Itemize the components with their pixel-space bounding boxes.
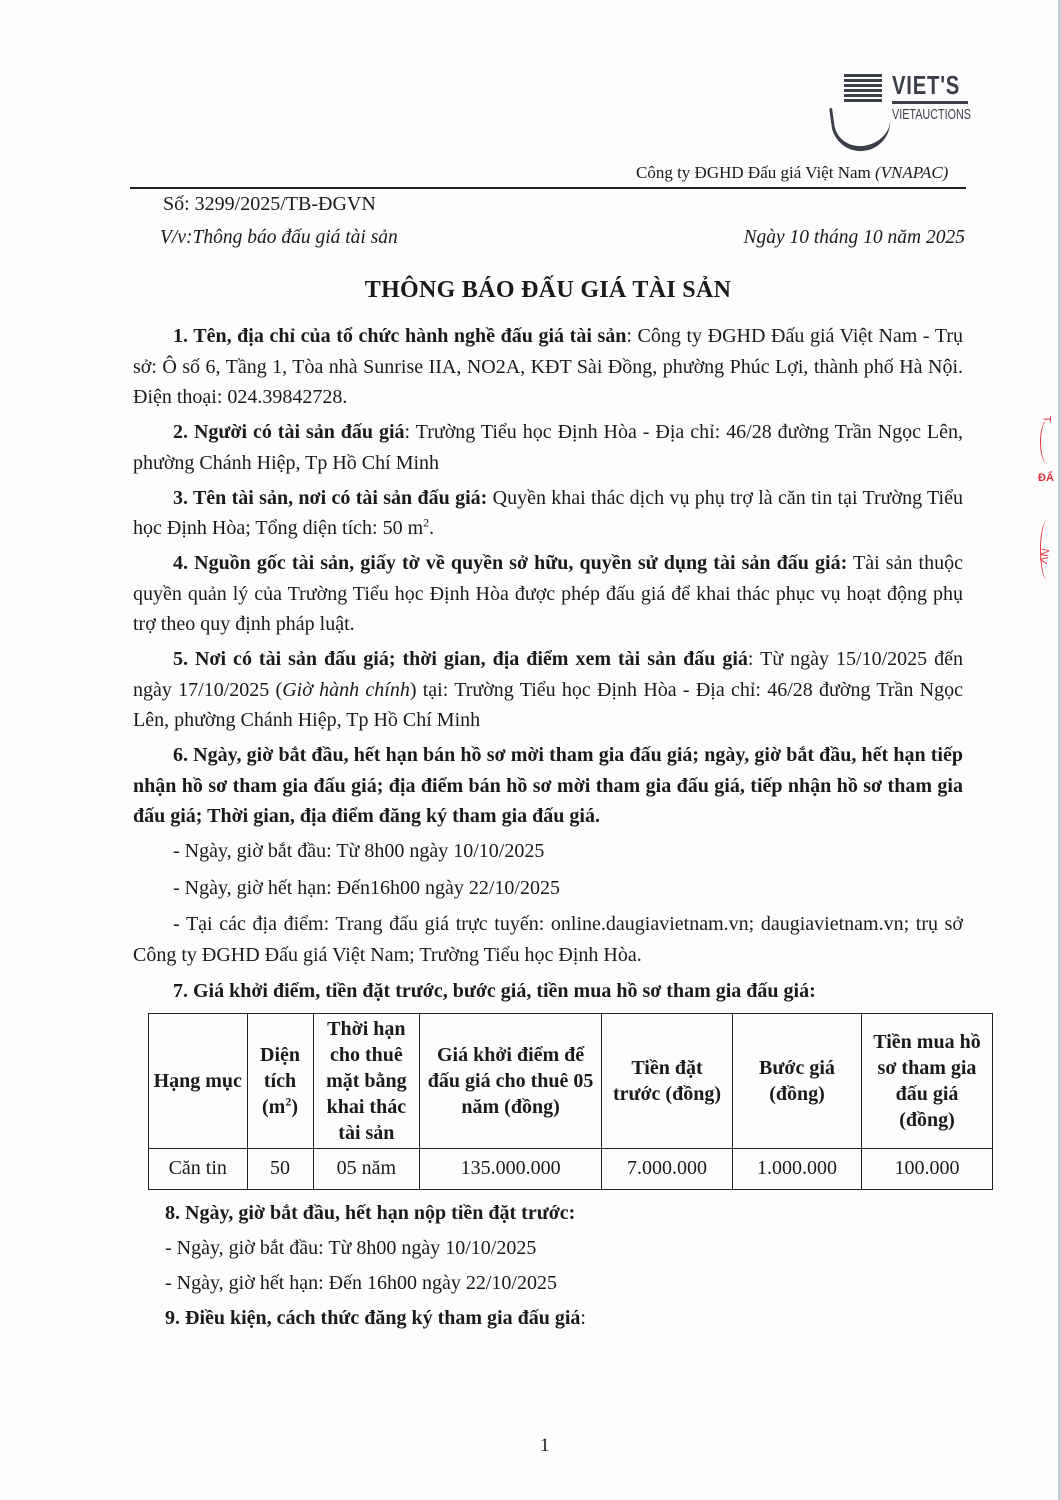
section-2-heading: 2. Người có tài sản đấu giá: [173, 421, 405, 443]
section-4-heading: 4. Nguồn gốc tài sản, giấy tờ về quyền s…: [173, 552, 847, 574]
table-cell: 7.000.000: [601, 1148, 732, 1189]
table-cell: 100.000: [861, 1148, 992, 1189]
table-header-cell: Giá khởi điểm để đấu giá cho thuê 05 năm…: [420, 1013, 602, 1148]
table-cell: Căn tin: [149, 1148, 248, 1189]
section-9-tail: :: [580, 1307, 586, 1329]
seal-stamp: T. ĐẤ NV: [1036, 400, 1060, 600]
section-3: 3. Tên tài sản, nơi có tài sản đấu giá: …: [133, 483, 963, 544]
table-cell: 135.000.000: [420, 1148, 602, 1189]
table-header-row: Hạng mục Diện tích (m2) Thời hạn cho thu…: [149, 1013, 993, 1148]
table-header-cell: Bước giá (đồng): [732, 1013, 861, 1148]
section-5: 5. Nơi có tài sản đấu giá; thời gian, đị…: [133, 644, 963, 736]
table-cell: 1.000.000: [732, 1148, 861, 1189]
section-8: 8. Ngày, giờ bắt đầu, hết hạn nộp tiền đ…: [133, 1198, 963, 1229]
section-9-heading: 9. Điều kiện, cách thức đăng ký tham gia…: [165, 1307, 580, 1329]
company-logo: VIET'S VIETAUCTIONS: [830, 72, 980, 154]
section-4: 4. Nguồn gốc tài sản, giấy tờ về quyền s…: [133, 548, 963, 640]
table-row: Căn tin 50 05 năm 135.000.000 7.000.000 …: [149, 1148, 993, 1189]
logo-stripes-icon: [844, 74, 882, 104]
table-header-cell: Tiền mua hồ sơ tham gia đấu giá (đồng): [861, 1013, 992, 1148]
document-subject: V/v:Thông báo đấu giá tài sản: [160, 227, 398, 249]
fees-table: Hạng mục Diện tích (m2) Thời hạn cho thu…: [148, 1013, 993, 1190]
company-abbr: (VNAPAC): [875, 163, 948, 182]
section-6-bullet: - Tại các địa điểm: Trang đấu giá trực t…: [133, 909, 963, 970]
section-1-heading: 1. Tên, địa chỉ của tổ chức hành nghề đấ…: [173, 325, 626, 347]
page-title: THÔNG BÁO ĐẤU GIÁ TÀI SẢN: [0, 277, 1061, 304]
section-7: 7. Giá khởi điểm, tiền đặt trước, bước g…: [133, 976, 963, 1007]
section-1: 1. Tên, địa chỉ của tổ chức hành nghề đấ…: [133, 321, 963, 413]
page-number: 1: [540, 1435, 550, 1457]
section-3-tail: .: [429, 517, 434, 539]
logo-brand-bottom: VIETAUCTIONS: [892, 106, 971, 123]
section-2: 2. Người có tài sản đấu giá: Trường Tiểu…: [133, 417, 963, 478]
section-8-bullet: - Ngày, giờ hết hạn: Đến 16h00 ngày 22/1…: [133, 1268, 963, 1299]
section-7-heading: 7. Giá khởi điểm, tiền đặt trước, bước g…: [173, 980, 816, 1002]
seal-text: ĐẤ: [1038, 472, 1054, 484]
logo-divider: [892, 101, 968, 104]
section-5-italic: Giờ hành chính: [282, 679, 410, 701]
section-9: 9. Điều kiện, cách thức đăng ký tham gia…: [133, 1303, 963, 1334]
section-6: 6. Ngày, giờ bắt đầu, hết hạn bán hồ sơ …: [133, 740, 963, 832]
logo-swoosh-icon: [829, 100, 894, 155]
section-6-bullet: - Ngày, giờ hết hạn: Đến16h00 ngày 22/10…: [133, 873, 963, 904]
company-name-text: Công ty ĐGHD Đấu giá Việt Nam: [636, 163, 871, 182]
logo-brand-top: VIET'S: [892, 70, 960, 101]
seal-text: T.: [1040, 416, 1052, 425]
section-6-heading: 6. Ngày, giờ bắt đầu, hết hạn bán hồ sơ …: [133, 744, 963, 827]
header-divider: [130, 187, 966, 189]
header-area-close: ): [291, 1096, 298, 1118]
document-page: VIET'S VIETAUCTIONS Công ty ĐGHD Đấu giá…: [0, 0, 1061, 1500]
document-body: 1. Tên, địa chỉ của tổ chức hành nghề đấ…: [133, 321, 963, 1338]
table-header-cell: Thời hạn cho thuê mặt bằng khai thác tài…: [313, 1013, 420, 1148]
table-header-cell: Tiền đặt trước (đồng): [601, 1013, 732, 1148]
section-6-bullet: - Ngày, giờ bắt đầu: Từ 8h00 ngày 10/10/…: [133, 836, 963, 867]
company-name: Công ty ĐGHD Đấu giá Việt Nam (VNAPAC): [636, 163, 948, 183]
table-header-cell: Diện tích (m2): [247, 1013, 313, 1148]
section-8-heading: 8. Ngày, giờ bắt đầu, hết hạn nộp tiền đ…: [165, 1202, 575, 1224]
document-number: Số: 3299/2025/TB-ĐGVN: [163, 193, 376, 216]
section-3-heading: 3. Tên tài sản, nơi có tài sản đấu giá:: [173, 487, 487, 509]
document-date: Ngày 10 tháng 10 năm 2025: [743, 227, 965, 249]
table-cell: 50: [247, 1148, 313, 1189]
section-5-heading: 5. Nơi có tài sản đấu giá; thời gian, đị…: [173, 648, 748, 670]
table-header-cell: Hạng mục: [149, 1013, 248, 1148]
table-cell: 05 năm: [313, 1148, 420, 1189]
section-8-bullet: - Ngày, giờ bắt đầu: Từ 8h00 ngày 10/10/…: [133, 1233, 963, 1264]
seal-arc: [1040, 420, 1055, 464]
